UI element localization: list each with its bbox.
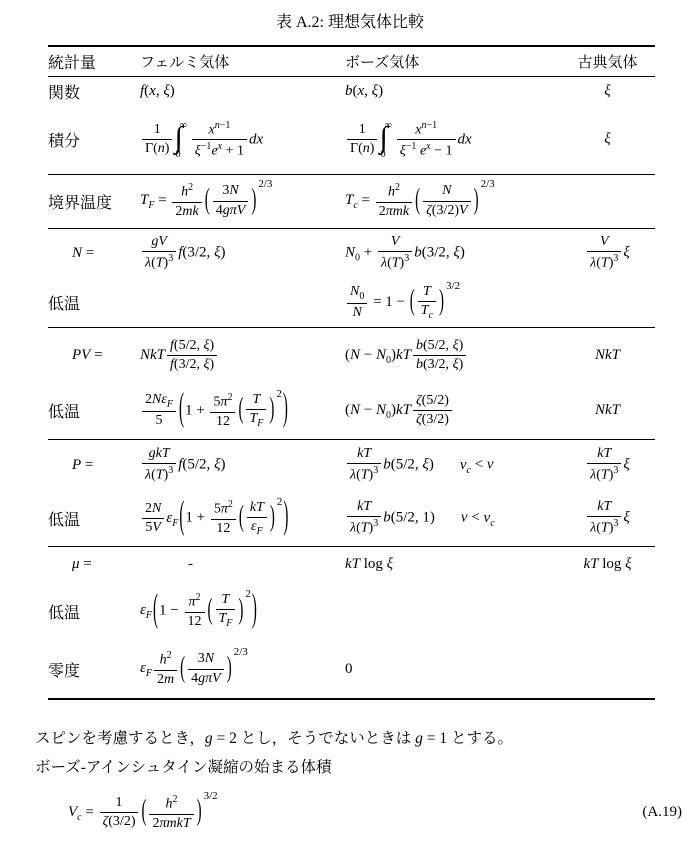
table-row-pressure-lowtemp: 低温 2N5VεF(1 + 5π212(kTεF)2) kTλ(T)3b(5/2… (48, 491, 655, 546)
row-label-cell: 境界温度 (48, 174, 140, 228)
fermi-cell: gVλ(T)3f(3/2, ξ) (140, 228, 345, 278)
fermi-cell: TF = h22mk(3N4gπV)2/3 (140, 174, 345, 228)
classical-cell: kTλ(T)3ξ (560, 439, 655, 491)
table-row-zero-temperature: 零度 εFh22m(3N4gπV)2/3 0 (48, 640, 655, 699)
bose-cell (345, 582, 560, 640)
fermi-cell: εFh22m(3N4gπV)2/3 (140, 640, 345, 699)
bose-cell: 1Γ(n)∫∞0xn−1ξ−1 ex − 1dx (345, 106, 560, 174)
row-label-cell: PV = (48, 327, 140, 383)
col-header-classical: 古典気体 (560, 46, 655, 76)
note-spin: スピンを考慮するとき，g = 2 とし，そうでないときは g = 1 とする。 (35, 724, 700, 753)
row-label-cell: 零度 (48, 640, 140, 699)
row-label-cell: 低温 (48, 491, 140, 546)
fermi-cell: εF(1 − π212(TTF)2) (140, 582, 345, 640)
fermi-cell (140, 278, 345, 327)
bose-cell: b(x, ξ) (345, 76, 560, 106)
bose-cell: (N − N0)kTb(5/2, ξ)b(3/2, ξ) (345, 327, 560, 383)
table-row-pressure: P = gkTλ(T)3f(5/2, ξ) kTλ(T)3b(5/2, ξ)vc… (48, 439, 655, 491)
classical-cell (560, 640, 655, 699)
table-row-number-lowtemp: 低温 N0N = 1 − (TTc)3/2 (48, 278, 655, 327)
row-label-cell: N = (48, 228, 140, 278)
classical-cell (560, 278, 655, 327)
classical-cell: kTλ(T)3ξ (560, 491, 655, 546)
row-label-cell: 低温 (48, 582, 140, 640)
equation-number: (A.19) (642, 804, 682, 821)
gas-comparison-table: 統計量 フェルミ気体 ボーズ気体 古典気体 関数 f(x, ξ) b(x, ξ)… (48, 45, 655, 700)
bose-cell: N0 + Vλ(T)3b(3/2, ξ) (345, 228, 560, 278)
fermi-cell: f(x, ξ) (140, 76, 345, 106)
fermi-cell: 2N5VεF(1 + 5π212(kTεF)2) (140, 491, 345, 546)
classical-cell (560, 582, 655, 640)
table-row-number: N = gVλ(T)3f(3/2, ξ) N0 + Vλ(T)3b(3/2, ξ… (48, 228, 655, 278)
col-header-fermi: フェルミ気体 (140, 46, 345, 76)
row-label-cell: P = (48, 439, 140, 491)
table-row-mu-lowtemp: 低温 εF(1 − π212(TTF)2) (48, 582, 655, 640)
fermi-cell: 2NεF5(1 + 5π212(TTF)2) (140, 383, 345, 439)
table-row-integral: 積分 1Γ(n)∫∞0xn−1ξ−1ex + 1dx 1Γ(n)∫∞0xn−1ξ… (48, 106, 655, 174)
classical-cell: kT log ξ (560, 546, 655, 582)
classical-cell: ξ (560, 106, 655, 174)
note-bec-volume: ボーズ-アインシュタイン凝縮の始まる体積 (35, 753, 700, 782)
fermi-cell: - (140, 546, 345, 582)
table-header-row: 統計量 フェルミ気体 ボーズ気体 古典気体 (48, 46, 655, 76)
table-row-pv: PV = NkTf(5/2, ξ)f(3/2, ξ) (N − N0)kTb(5… (48, 327, 655, 383)
equation-row: Vc = 1ζ(3/2)(h22πmkT)3/2 (A.19) (68, 794, 682, 832)
row-label-cell: 低温 (48, 383, 140, 439)
fermi-cell: NkTf(5/2, ξ)f(3/2, ξ) (140, 327, 345, 383)
classical-cell: ξ (560, 76, 655, 106)
bose-cell: kTλ(T)3b(5/2, 1)v < vc (345, 491, 560, 546)
fermi-cell: gkTλ(T)3f(5/2, ξ) (140, 439, 345, 491)
equation-vc: Vc = 1ζ(3/2)(h22πmkT)3/2 (68, 794, 218, 832)
row-label-cell: μ = (48, 546, 140, 582)
bose-cell: 0 (345, 640, 560, 699)
col-header-statistic: 統計量 (48, 46, 140, 76)
table-row-function: 関数 f(x, ξ) b(x, ξ) ξ (48, 76, 655, 106)
table-row-chemical-potential: μ = - kT log ξ kT log ξ (48, 546, 655, 582)
table-caption: 表 A.2: 理想気体比較 (0, 0, 700, 32)
bose-cell: N0N = 1 − (TTc)3/2 (345, 278, 560, 327)
row-label-cell: 積分 (48, 106, 140, 174)
classical-cell: NkT (560, 383, 655, 439)
bose-cell: (N − N0)kTζ(5/2)ζ(3/2) (345, 383, 560, 439)
row-label-cell: 低温 (48, 278, 140, 327)
table-row-pv-lowtemp: 低温 2NεF5(1 + 5π212(TTF)2) (N − N0)kTζ(5/… (48, 383, 655, 439)
bose-cell: Tc = h22πmk(Nζ(3/2)V)2/3 (345, 174, 560, 228)
row-label-cell: 関数 (48, 76, 140, 106)
classical-cell: Vλ(T)3ξ (560, 228, 655, 278)
footnotes: スピンを考慮するとき，g = 2 とし，そうでないときは g = 1 とする。 … (35, 724, 700, 832)
bose-cell: kT log ξ (345, 546, 560, 582)
fermi-cell: 1Γ(n)∫∞0xn−1ξ−1ex + 1dx (140, 106, 345, 174)
classical-cell (560, 174, 655, 228)
document-page: 表 A.2: 理想気体比較 統計量 フェルミ気体 ボーズ気体 古典気体 関数 f… (0, 0, 700, 854)
classical-cell: NkT (560, 327, 655, 383)
table-row-boundary-temperature: 境界温度 TF = h22mk(3N4gπV)2/3 Tc = h22πmk(N… (48, 174, 655, 228)
col-header-bose: ボーズ気体 (345, 46, 560, 76)
bose-cell: kTλ(T)3b(5/2, ξ)vc < v (345, 439, 560, 491)
